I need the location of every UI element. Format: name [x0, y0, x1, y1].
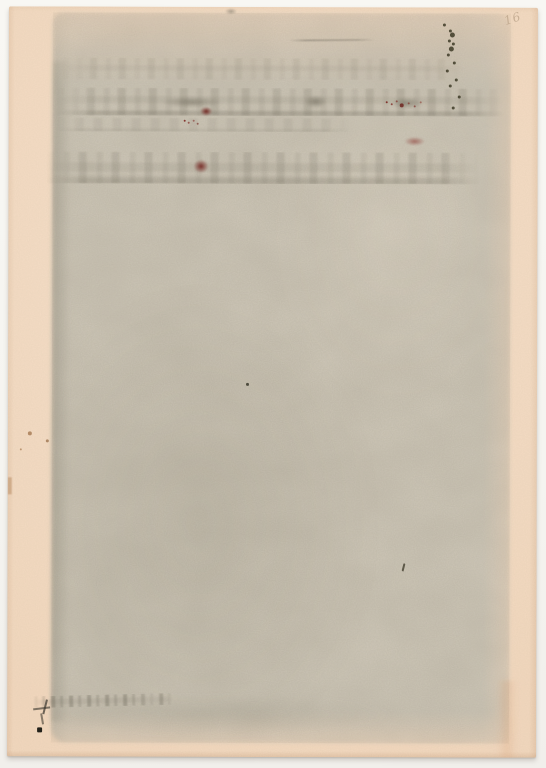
offset-stripe-band-2: [56, 87, 506, 116]
gray-smudge-cluster: [301, 93, 331, 110]
offset-stripe-band-3: [56, 117, 351, 132]
handwritten-mark: [31, 696, 57, 734]
ink-speck-cluster: [443, 23, 446, 26]
pencil-inscription: 16: [502, 9, 523, 28]
brown-speck: [46, 439, 49, 442]
paper-sheet: 16: [7, 6, 538, 757]
red-pigment-dots: [386, 101, 388, 103]
ink-dot: [37, 727, 42, 732]
red-pigment-dots: [184, 120, 186, 122]
top-edge-smudge: [223, 7, 239, 16]
red-pigment-blotch: [401, 135, 429, 147]
right-margin-streak: [496, 681, 518, 758]
offset-stripe-band-4: [46, 151, 481, 184]
gray-smudge-cluster: [151, 95, 233, 110]
left-edge-stain: [8, 477, 12, 494]
artwork-photo: 16: [0, 0, 546, 768]
red-pigment-blotch: [198, 105, 215, 118]
brown-speck: [20, 448, 22, 450]
offset-stripe-band-1: [61, 57, 466, 80]
gray-smudge-cluster: [386, 95, 428, 111]
small-speck: [246, 383, 249, 386]
mark-stroke: [40, 713, 44, 724]
mark-stroke: [33, 706, 50, 710]
brown-speck: [28, 431, 32, 435]
red-pigment-blotch: [191, 157, 212, 176]
